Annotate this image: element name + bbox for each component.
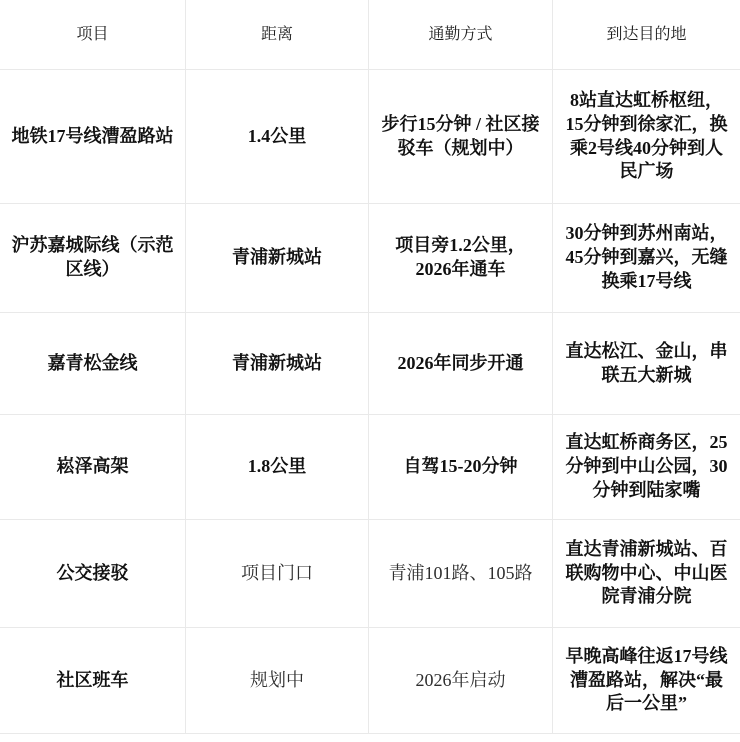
table-cell: 规划中 — [186, 628, 369, 734]
table-cell: 直达松江、金山，串联五大新城 — [553, 313, 740, 415]
table-cell: 2026年启动 — [369, 628, 553, 734]
table-cell: 1.8公里 — [186, 415, 369, 520]
column-header-destination: 到达目的地 — [553, 0, 740, 70]
table-cell: 30分钟到苏州南站，45分钟到嘉兴，无缝换乘17号线 — [553, 204, 740, 313]
column-header-commute-mode: 通勤方式 — [369, 0, 553, 70]
table-cell: 地铁17号线漕盈路站 — [0, 70, 186, 204]
table-cell: 项目旁1.2公里，2026年通车 — [369, 204, 553, 313]
table-cell: 嘉青松金线 — [0, 313, 186, 415]
table-cell: 自驾15-20分钟 — [369, 415, 553, 520]
table-cell: 公交接驳 — [0, 520, 186, 628]
commute-options-table: 项目 距离 通勤方式 到达目的地 地铁17号线漕盈路站 1.4公里 步行15分钟… — [0, 0, 740, 734]
table-cell: 2026年同步开通 — [369, 313, 553, 415]
column-header-project: 项目 — [0, 0, 186, 70]
table-cell: 青浦101路、105路 — [369, 520, 553, 628]
table-cell: 1.4公里 — [186, 70, 369, 204]
table-cell: 项目门口 — [186, 520, 369, 628]
table-cell: 社区班车 — [0, 628, 186, 734]
table-cell: 直达虹桥商务区，25分钟到中山公园，30分钟到陆家嘴 — [553, 415, 740, 520]
table-cell: 早晚高峰往返17号线漕盈路站，解决“最后一公里” — [553, 628, 740, 734]
table-cell: 青浦新城站 — [186, 313, 369, 415]
table-cell: 步行15分钟 / 社区接驳车（规划中） — [369, 70, 553, 204]
table-cell: 沪苏嘉城际线（示范区线） — [0, 204, 186, 313]
table-cell: 崧泽高架 — [0, 415, 186, 520]
column-header-distance: 距离 — [186, 0, 369, 70]
table-cell: 青浦新城站 — [186, 204, 369, 313]
table-cell: 8站直达虹桥枢纽，15分钟到徐家汇，换乘2号线40分钟到人民广场 — [553, 70, 740, 204]
table-cell: 直达青浦新城站、百联购物中心、中山医院青浦分院 — [553, 520, 740, 628]
